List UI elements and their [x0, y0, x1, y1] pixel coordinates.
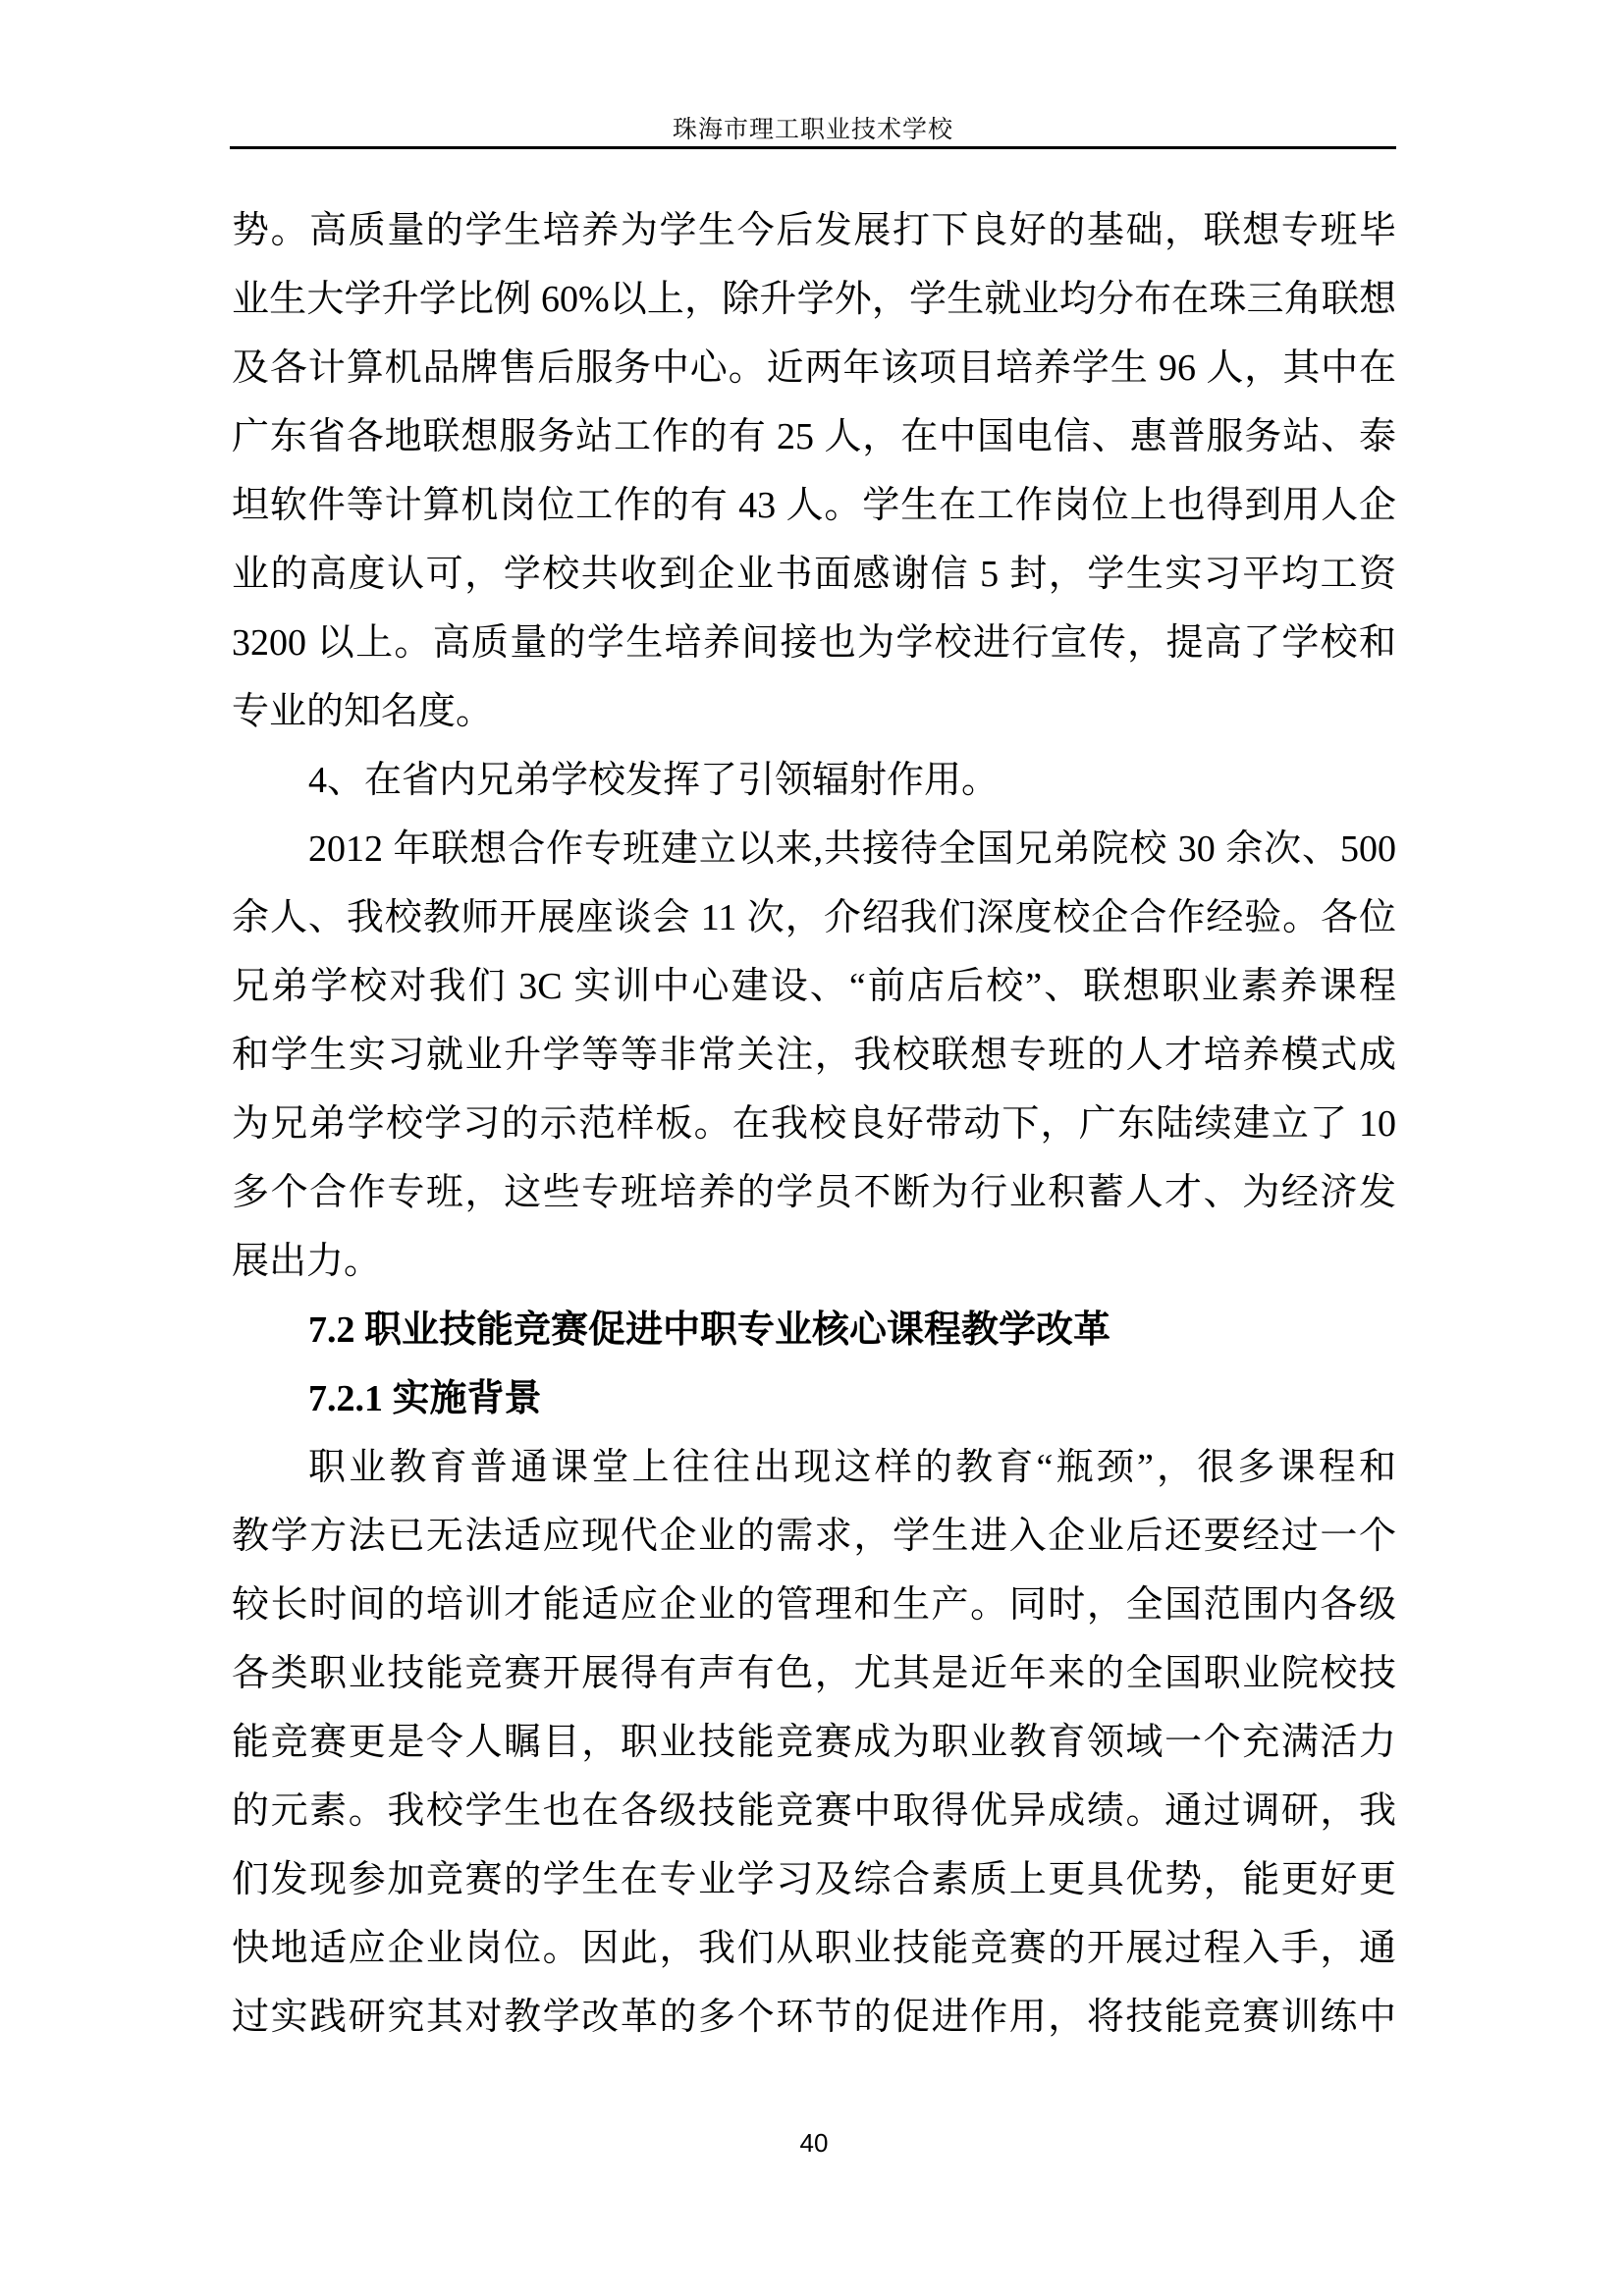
text-line: 过实践研究其对教学改革的多个环节的促进作用，将技能竞赛训练中: [232, 1983, 1396, 2052]
text-line: 3200 以上。高质量的学生培养间接也为学校进行宣传，提高了学校和: [232, 609, 1396, 677]
text-line: 能竞赛更是令人瞩目，职业技能竞赛成为职业教育领域一个充满活力: [232, 1708, 1396, 1777]
text-line: 教学方法已无法适应现代企业的需求，学生进入企业后还要经过一个: [232, 1502, 1396, 1571]
text-line: 余人、我校教师开展座谈会 11 次，介绍我们深度校企合作经验。各位: [232, 883, 1396, 952]
text-line: 为兄弟学校学习的示范样板。在我校良好带动下，广东陆续建立了 10: [232, 1090, 1396, 1158]
text-line: 专业的知名度。: [232, 677, 1396, 746]
text-line: 展出力。: [232, 1227, 1396, 1296]
text-line: 业生大学升学比例 60%以上，除升学外，学生就业均分布在珠三角联想: [232, 265, 1396, 334]
text-line: 兄弟学校对我们 3C 实训中心建设、“前店后校”、联想职业素养课程: [232, 952, 1396, 1021]
text-line: 较长时间的培训才能适应企业的管理和生产。同时，全国范围内各级: [232, 1571, 1396, 1639]
text-line: 快地适应企业岗位。因此，我们从职业技能竞赛的开展过程入手，通: [232, 1914, 1396, 1983]
text-line: 们发现参加竞赛的学生在专业学习及综合素质上更具优势，能更好更: [232, 1845, 1396, 1914]
text-line: 各类职业技能竞赛开展得有声有色，尤其是近年来的全国职业院校技: [232, 1639, 1396, 1708]
text-line: 广东省各地联想服务站工作的有 25 人，在中国电信、惠普服务站、泰: [232, 402, 1396, 471]
section-heading-7-2: 7.2 职业技能竞赛促进中职专业核心课程教学改革: [232, 1296, 1396, 1364]
text-line: 2012 年联想合作专班建立以来,共接待全国兄弟院校 30 余次、500: [232, 815, 1396, 883]
page-header-school-name: 珠海市理工职业技术学校: [230, 110, 1396, 145]
text-line: 职业教育普通课堂上往往出现这样的教育“瓶颈”，很多课程和: [232, 1433, 1396, 1502]
text-line: 业的高度认可，学校共收到企业书面感谢信 5 封，学生实习平均工资: [232, 540, 1396, 609]
list-item-4: 4、在省内兄弟学校发挥了引领辐射作用。: [232, 746, 1396, 815]
text-line: 势。高质量的学生培养为学生今后发展打下良好的基础，联想专班毕: [232, 196, 1396, 265]
text-line: 多个合作专班，这些专班培养的学员不断为行业积蓄人才、为经济发: [232, 1158, 1396, 1227]
text-line: 及各计算机品牌售后服务中心。近两年该项目培养学生 96 人，其中在: [232, 334, 1396, 402]
document-page: { "header": { "school_name": "珠海市理工职业技术学…: [0, 0, 1624, 2296]
header-rule-divider: [230, 146, 1396, 149]
page-number: 40: [232, 2128, 1396, 2159]
document-body: 势。高质量的学生培养为学生今后发展打下良好的基础，联想专班毕 业生大学升学比例 …: [232, 196, 1396, 2052]
text-line: 和学生实习就业升学等等非常关注，我校联想专班的人才培养模式成: [232, 1021, 1396, 1090]
text-line: 的元素。我校学生也在各级技能竞赛中取得优异成绩。通过调研，我: [232, 1777, 1396, 1845]
section-heading-7-2-1: 7.2.1 实施背景: [232, 1364, 1396, 1433]
text-line: 坦软件等计算机岗位工作的有 43 人。学生在工作岗位上也得到用人企: [232, 471, 1396, 540]
